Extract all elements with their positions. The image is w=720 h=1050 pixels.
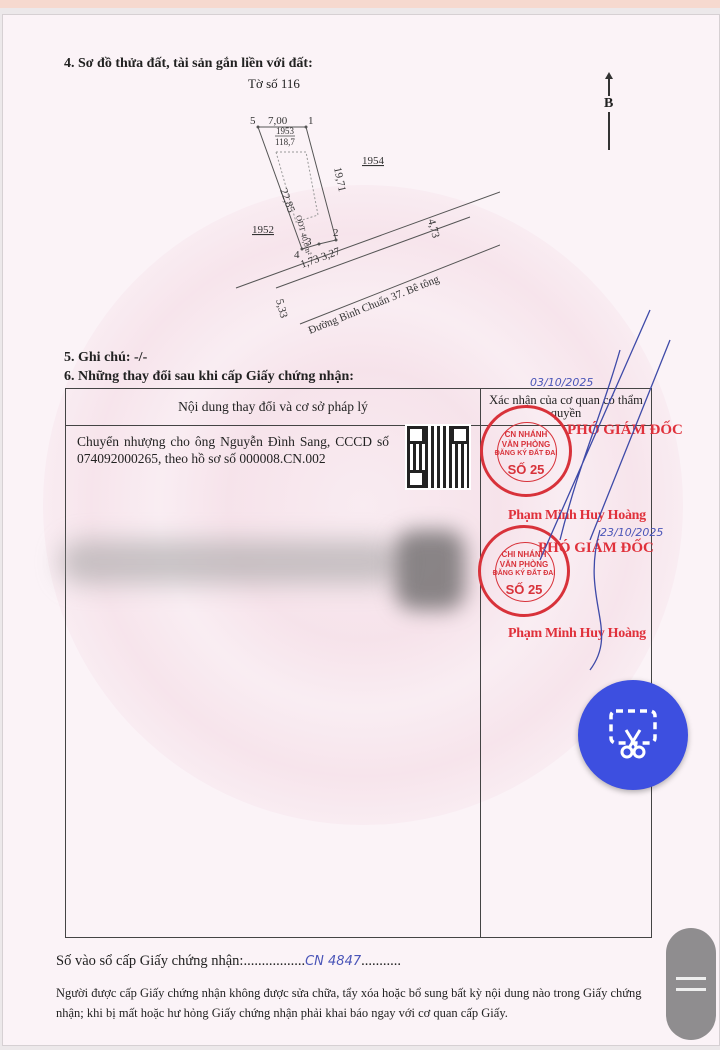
road-width-west: 5,33 [273,298,290,320]
register-number: CN 4847 [305,954,361,969]
redacted-qr-code [395,530,465,610]
point-2: 2 [333,227,339,239]
section-4-title: 4. Sơ đồ thửa đất, tài sản gắn liền với … [64,56,313,72]
drag-handle-icon [676,977,706,980]
drag-handle[interactable] [666,928,716,1040]
parcel-map: 5 1 2 3 4 7,00 1953 118,7 1954 1952 19,7… [200,100,500,340]
road-width-east: 4,73 [425,218,442,240]
road-name: Đường Bình Chuẩn 37. Bê tông [307,273,442,337]
edge-1-2: 19,71 [331,166,348,193]
edge-4-5: 22,85 [277,187,297,215]
screenshot-crop-scissors-icon [608,708,658,760]
register-label: Số vào sổ cấp Giấy chứng nhận:..........… [56,953,401,970]
top-status-strip [0,0,720,8]
redacted-entry-text [60,540,400,584]
screenshot-crop-button[interactable] [578,680,688,790]
section-6-title: 6. Những thay đổi sau khi cấp Giấy chứng… [64,369,354,385]
parcel-number: 1953 [276,126,295,136]
north-arrow-icon [608,76,610,150]
col-header-content: Nội dung thay đổi và cơ sở pháp lý [66,389,481,426]
footer-note: Người được cấp Giấy chứng nhận không đượ… [56,983,666,1023]
qr-code [405,424,471,490]
signature-strokes [500,300,680,680]
parcel-area: 118,7 [275,137,295,147]
neighbor-west: 1952 [252,224,274,236]
change-entry-cell: Chuyển nhượng cho ông Nguyễn Đình Sang, … [66,426,481,938]
neighbor-east: 1954 [362,155,385,167]
point-5: 5 [250,115,256,127]
sheet-number: Tờ số 116 [248,76,300,92]
section-5-title: 5. Ghi chú: -/- [64,350,147,366]
north-label: B [604,96,613,112]
point-1: 1 [308,115,314,127]
